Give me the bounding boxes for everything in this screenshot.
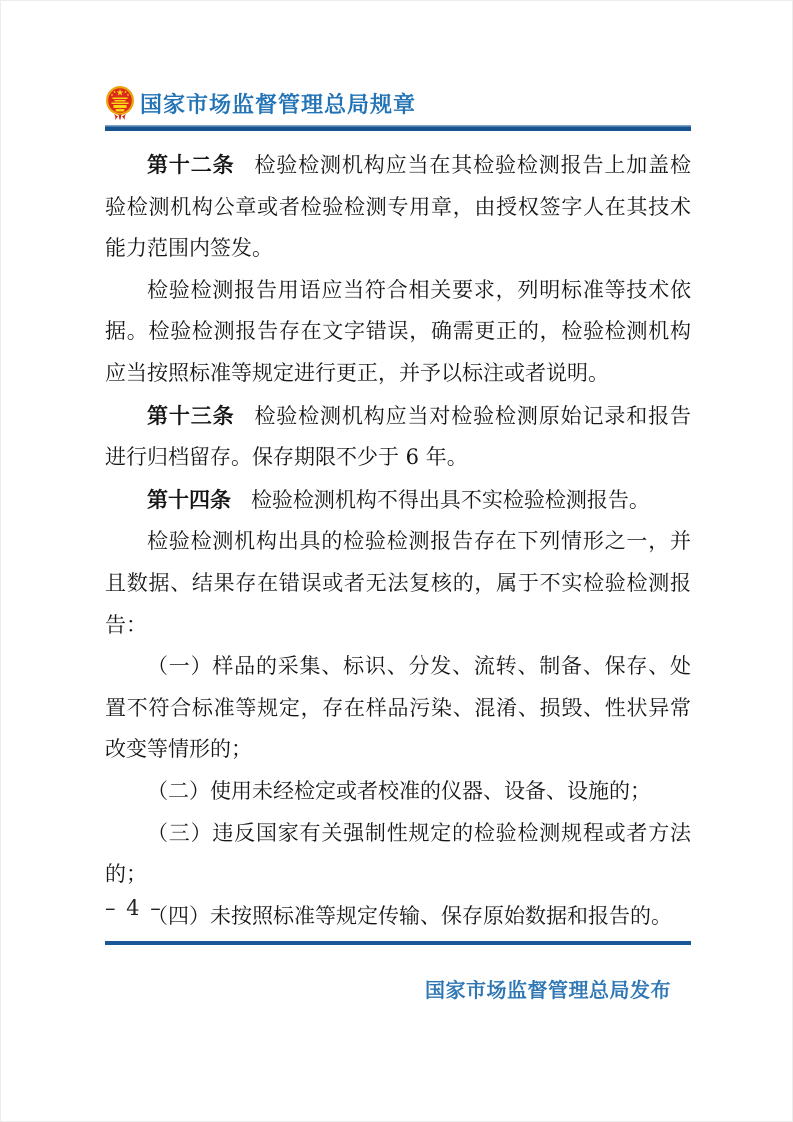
paragraph-item-2: （二）使用未经检定或者校准的仪器、设备、设施的；	[105, 771, 691, 813]
header-rule	[105, 125, 691, 131]
item-4-text: （四）未按照标准等规定传输、保存原始数据和报告的。	[147, 904, 672, 928]
item-1-text: （一）样品的采集、标识、分发、流转、制备、保存、处置不符合标准等规定，存在样品污…	[105, 654, 691, 761]
header-title: 国家市场监督管理总局规章	[140, 88, 416, 119]
footer-rule	[105, 941, 691, 945]
document-body: 第十二条检验检测机构应当在其检验检测报告上加盖检验检测机构公章或者检验检测专用章…	[105, 144, 691, 937]
document-header: 国家市场监督管理总局规章	[105, 84, 691, 122]
paragraph-item-3: （三）违反国家有关强制性规定的检验检测规程或者方法的；	[105, 813, 691, 896]
document-page: 国家市场监督管理总局规章 第十二条检验检测机构应当在其检验检测报告上加盖检验检测…	[0, 0, 793, 1122]
article-14-label: 第十四条	[147, 487, 231, 512]
paragraph-report-wording: 检验检测报告用语应当符合相关要求，列明标准等技术依据。检验检测报告存在文字错误，…	[105, 270, 691, 395]
paragraph-item-1: （一）样品的采集、标识、分发、流转、制备、保存、处置不符合标准等规定，存在样品污…	[105, 646, 691, 771]
page-number: – 4 –	[105, 896, 163, 920]
footer-publisher: 国家市场监督管理总局发布	[105, 974, 671, 1003]
paragraph-false-report-intro: 检验检测机构出具的检验检测报告存在下列情形之一，并且数据、结果存在错误或者无法复…	[105, 521, 691, 646]
china-national-emblem-icon	[105, 85, 135, 121]
item-3-text: （三）违反国家有关强制性规定的检验检测规程或者方法的；	[105, 821, 691, 887]
article-12-label: 第十二条	[147, 152, 235, 177]
article-13-label: 第十三条	[147, 403, 235, 428]
paragraph-article-13: 第十三条检验检测机构应当对检验检测原始记录和报告进行归档留存。保存期限不少于 6…	[105, 395, 691, 479]
item-2-text: （二）使用未经检定或者校准的仪器、设备、设施的；	[147, 779, 651, 803]
paragraph-article-12: 第十二条检验检测机构应当在其检验检测报告上加盖检验检测机构公章或者检验检测专用章…	[105, 144, 691, 270]
article-14-text: 检验检测机构不得出具不实检验检测报告。	[251, 488, 650, 512]
paragraph-article-14: 第十四条检验检测机构不得出具不实检验检测报告。	[105, 479, 691, 522]
false-report-intro-text: 检验检测机构出具的检验检测报告存在下列情形之一，并且数据、结果存在错误或者无法复…	[105, 529, 691, 636]
report-wording-text: 检验检测报告用语应当符合相关要求，列明标准等技术依据。检验检测报告存在文字错误，…	[105, 278, 691, 385]
paragraph-item-4: （四）未按照标准等规定传输、保存原始数据和报告的。	[105, 896, 691, 938]
